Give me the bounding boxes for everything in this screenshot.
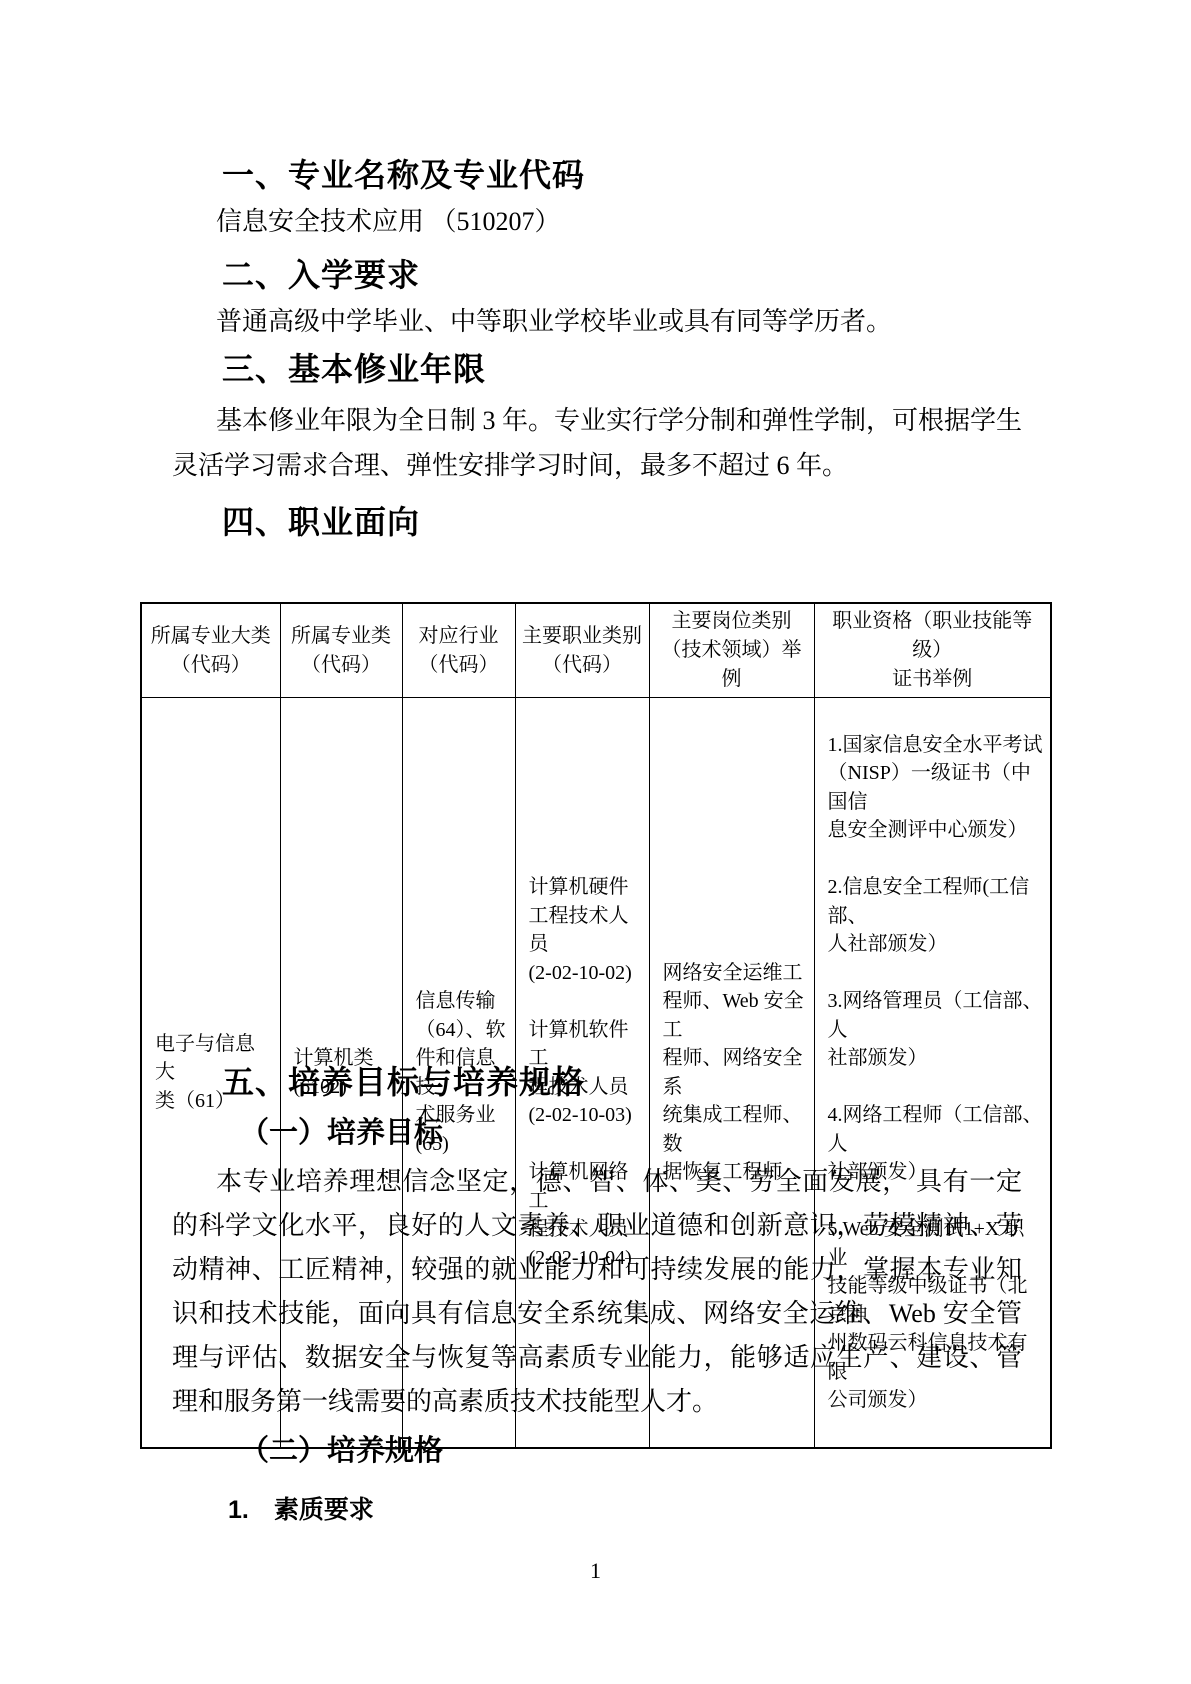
section-4-heading: 四、职业面向	[222, 503, 420, 541]
certificate-item: 2.信息安全工程师(工信部、 人社部颁发）	[828, 873, 1045, 959]
section-3-body: 基本修业年限为全日制 3 年。专业实行学分制和弹性学制，可根据学生灵活学习需求合…	[172, 398, 1022, 488]
certificate-item: 3.网络管理员（工信部、人 社部颁发）	[828, 987, 1045, 1073]
section-2-body: 普通高级中学毕业、中等职业学校毕业或具有同等学历者。	[172, 300, 1022, 344]
occupation-item: 计算机硬件 工程技术人员 (2-02-10-02)	[529, 873, 643, 987]
header-position-examples: 主要岗位类别 （技术领域）举例	[649, 603, 814, 698]
section-3-heading: 三、基本修业年限	[222, 350, 486, 388]
header-category: 所属专业类 （代码）	[280, 603, 402, 698]
header-industry: 对应行业 （代码）	[402, 603, 515, 698]
header-occupation-class: 主要职业类别 （代码）	[515, 603, 649, 698]
document-page: 一、专业名称及专业代码 信息安全技术应用 （510207） 二、入学要求 普通高…	[0, 0, 1191, 1684]
section-5-sub-1-heading: （一）培养目标	[240, 1116, 443, 1150]
section-5-sub-2-heading: （二）培养规格	[240, 1434, 443, 1468]
page-number: 1	[0, 1558, 1191, 1584]
certificate-item: 1.国家信息安全水平考试 （NISP）一级证书（中国信 息安全测评中心颁发）	[828, 731, 1045, 845]
quality-requirements-item: 1. 素质要求	[228, 1495, 374, 1525]
section-2-heading: 二、入学要求	[222, 256, 420, 294]
table-header-row: 所属专业大类 （代码） 所属专业类 （代码） 对应行业 （代码） 主要职业类别 …	[141, 603, 1051, 698]
section-5-heading: 五、培养目标与培养规格	[222, 1063, 585, 1101]
training-objective-body: 本专业培养理想信念坚定，德、智、体、美、劳全面发展， 具有一定的科学文化水平，良…	[172, 1160, 1022, 1424]
section-1-heading: 一、专业名称及专业代码	[222, 156, 585, 194]
section-1-body: 信息安全技术应用 （510207）	[172, 200, 1022, 244]
header-certificates: 职业资格（职业技能等级） 证书举例	[814, 603, 1051, 698]
header-major-category: 所属专业大类 （代码）	[141, 603, 280, 698]
